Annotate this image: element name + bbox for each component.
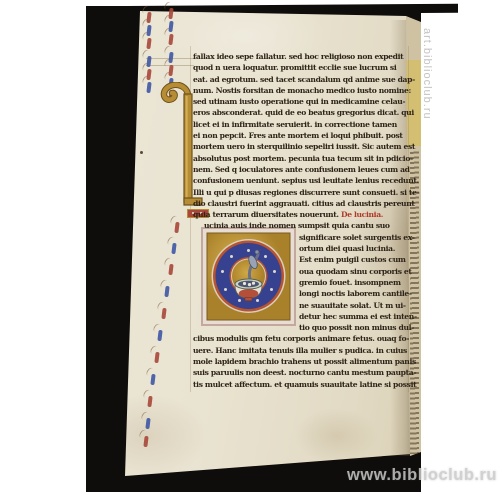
watermark-side: art.biblioclub.ru (421, 28, 433, 243)
text-line: sed utinam iusto operatione qui in medic… (193, 96, 409, 107)
text-line: uere. Hanc imitata tenuis illa mulier s … (193, 345, 409, 356)
text-line: nem. Sed q ioculatores ante confusionem … (193, 164, 409, 175)
text-line: ei non pepcit. Fres ante mortem ei loqui… (193, 130, 409, 141)
watermark-bottom: www.biblioclub.ru (347, 466, 497, 485)
text-line: Illi u qui p diusas regiones discurrere … (193, 187, 409, 198)
text-line: suis paruulis non deest. nocturno cantu … (193, 367, 409, 378)
text-line: detur hec summa ei est inten- (299, 311, 409, 322)
text-line: mole lapidem brachio trahens ut possit a… (193, 356, 409, 367)
text-line: ne suauitate solat. Ut m ui- (299, 300, 409, 311)
text-line: longi noctis laborem cantile- (299, 288, 409, 299)
text-line: eros absconderat. quid de eo beatus greg… (193, 107, 409, 118)
text-line: licet ei in infirmitate seruierit. in co… (193, 119, 409, 130)
text-line: confusionem ueniunt. sepius usi leuitate… (193, 175, 409, 186)
text-block: fallax ideo sepe fallatur. sed hoc relig… (193, 46, 409, 390)
text-line: quod n uera loquatur. promittit ecclie s… (193, 62, 409, 73)
text-line: oua quodam sinu corporis et (299, 266, 409, 277)
text-line: cibus modulis qm fetu corporis animare f… (193, 333, 409, 344)
text-line: mortem uero in sterquilinio sepeliri ius… (193, 141, 409, 152)
text-line: significare solet surgentis ex- (299, 232, 409, 243)
text-line: num. Nostis forsitan de monacho medico i… (193, 85, 409, 96)
text-line-part: quia terrarum diuersitates nouerunt. (193, 210, 339, 219)
rubric-label: De lucinia. (341, 210, 383, 219)
text-line: eat. ad egrotum. sed tacet scandalum qd … (193, 74, 409, 85)
text-line: Est enim puigil custos cum (299, 254, 409, 265)
ink-speck (140, 151, 143, 154)
text-line: ortum diei quasi lucinia. (299, 243, 409, 254)
text-line: ucinia auis inde nomen sumpsit quia cant… (204, 220, 409, 231)
text-line: fallax ideo sepe fallatur. sed hoc relig… (193, 51, 409, 62)
text-line: gremio fouet. insompnem (299, 277, 409, 288)
text-line: dio claustri fuerint aggrauati. citius a… (193, 198, 409, 209)
text-line: tis mulcet affectum. et quamuis suauitat… (193, 379, 409, 390)
text-line: absolutus post mortem. pecunia tua tecum… (193, 153, 409, 164)
manuscript-photo: fallax ideo sepe fallatur. sed hoc relig… (0, 0, 500, 500)
text-line: tio quo possit non minus dul- (299, 322, 409, 333)
text-line: quia terrarum diuersitates nouerunt. De … (193, 209, 409, 220)
